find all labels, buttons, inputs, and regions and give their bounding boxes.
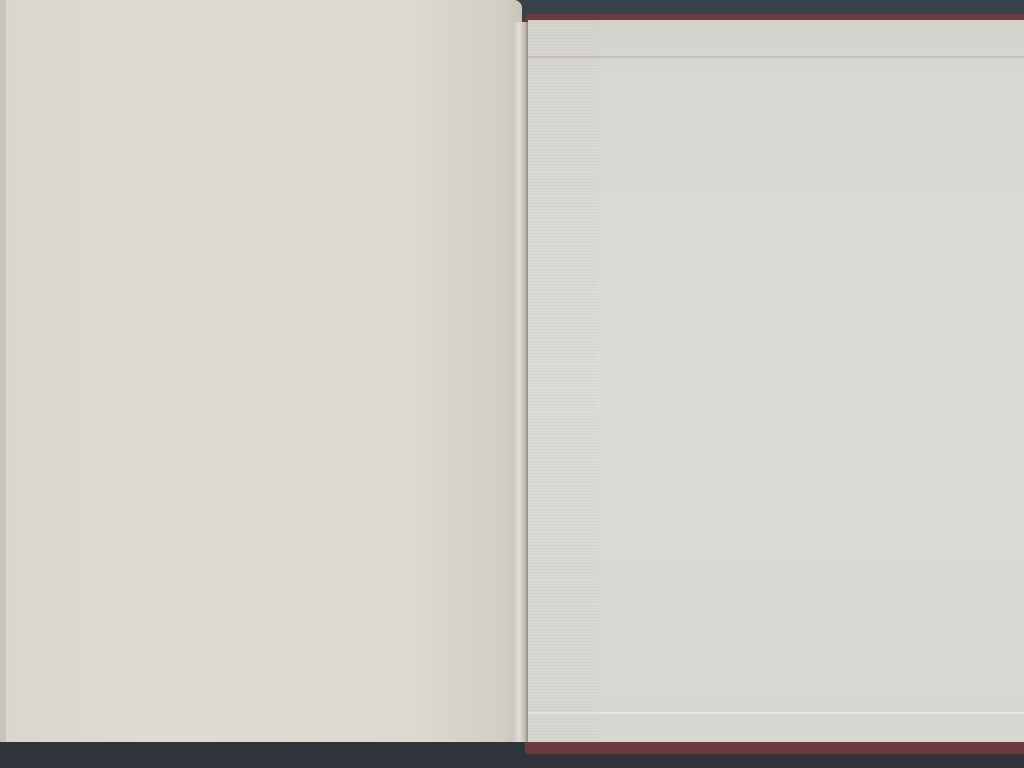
page-crease-top xyxy=(528,56,1024,58)
right-page-blank xyxy=(528,20,1024,742)
page-crease-bottom xyxy=(528,712,1024,714)
book-gutter xyxy=(514,22,528,742)
left-page-edge xyxy=(0,0,6,742)
left-page-blank xyxy=(0,0,522,742)
